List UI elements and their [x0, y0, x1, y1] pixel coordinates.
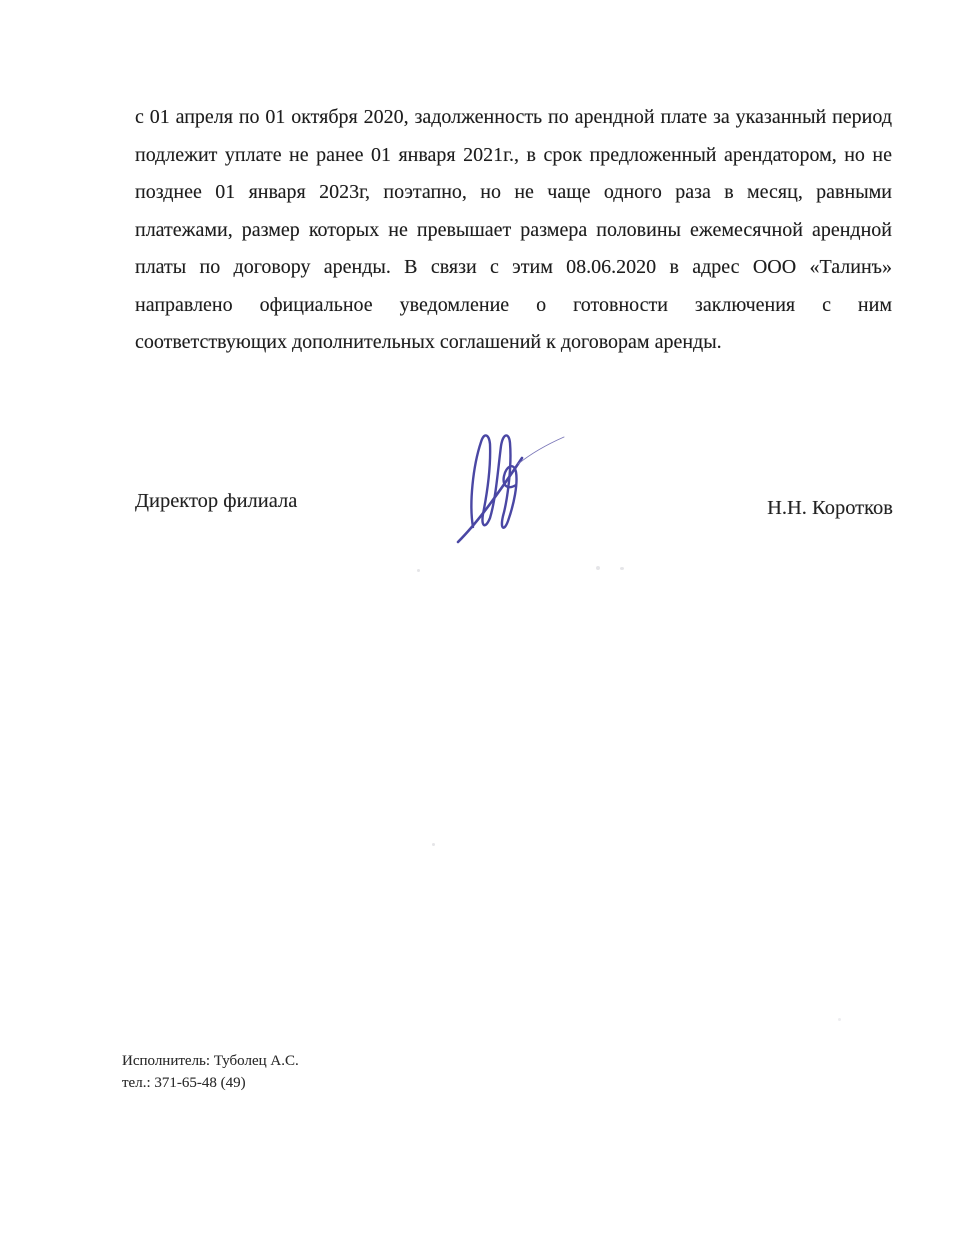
- executor-footer: Исполнитель: Туболец А.С. тел.: 371-65-4…: [122, 1050, 299, 1094]
- scan-speck: [432, 843, 435, 846]
- signer-role-title: Директор филиала: [135, 487, 297, 515]
- scanned-letter-page: с 01 апреля по 01 октября 2020, задолжен…: [0, 0, 957, 1238]
- scan-speck: [620, 567, 624, 570]
- paragraph-line: платежами, размер которых не превышает р…: [135, 212, 892, 250]
- executor-phone-line: тел.: 371-65-48 (49): [122, 1072, 299, 1094]
- paragraph-line: соответствующих дополнительных соглашени…: [135, 324, 892, 362]
- scan-speck: [596, 566, 600, 570]
- signature-hairline-stroke: [518, 437, 564, 464]
- paragraph-line: направлено официальное уведомление о гот…: [135, 287, 892, 325]
- signer-name: Н.Н. Коротков: [767, 494, 893, 522]
- paragraph-line: позднее 01 января 2023г, поэтапно, но не…: [135, 174, 892, 212]
- executor-line: Исполнитель: Туболец А.С.: [122, 1050, 299, 1072]
- paragraph-line: подлежит уплате не ранее 01 января 2021г…: [135, 137, 892, 175]
- letter-paragraph: с 01 апреля по 01 октября 2020, задолжен…: [135, 99, 892, 362]
- scan-speck: [838, 1018, 841, 1021]
- paragraph-line: платы по договору аренды. В связи с этим…: [135, 249, 892, 287]
- paragraph-line: с 01 апреля по 01 октября 2020, задолжен…: [135, 99, 892, 137]
- scan-speck: [417, 569, 420, 572]
- signature-row: Директор филиала Н.Н. Коротков: [135, 487, 893, 522]
